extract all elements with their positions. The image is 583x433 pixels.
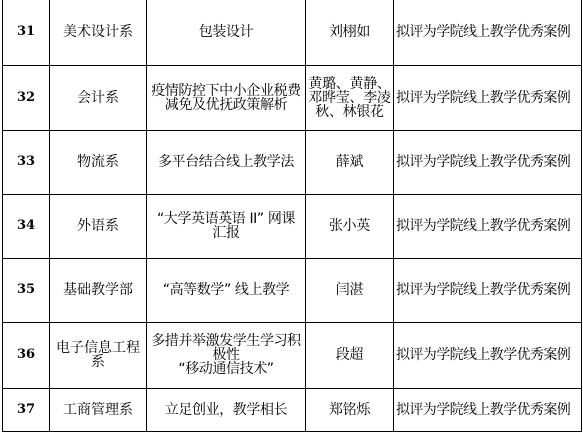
case-title-cell-line: 减免及优抚政策解析	[148, 98, 304, 112]
case-title-cell-line: 极性	[148, 348, 304, 362]
teacher-name-cell-line: 闫湛	[307, 283, 392, 297]
table-row: 31美术设计系包装设计刘栩如拟评为学院线上教学优秀案例	[3, 0, 582, 65]
table-row: 33物流系多平台结合线上教学法薛斌拟评为学院线上教学优秀案例	[3, 130, 582, 194]
department-cell-line: 系	[51, 355, 145, 369]
case-title-cell-line: 立足创业，教学相长	[148, 403, 304, 417]
table-row: 32会计系疫情防控下中小企业税费减免及优抚政策解析黄璐、黄静、邓晔莹、李凌秋、林…	[3, 65, 582, 130]
case-title-cell-line: “大学英语英语 II” 网课	[148, 212, 304, 226]
department-cell-line: 外语系	[51, 219, 145, 233]
case-title-cell-line: 汇报	[148, 226, 304, 240]
teacher-name-cell-line: 段超	[307, 348, 392, 362]
department-cell: 会计系	[50, 65, 147, 130]
row-number-cell: 35	[3, 258, 50, 322]
teacher-name-cell: 郑铭烁	[306, 388, 394, 431]
department-cell-line: 工商管理系	[51, 403, 145, 417]
case-title-cell: 立足创业，教学相长	[147, 388, 306, 431]
teacher-name-cell-line: 张小英	[307, 219, 392, 233]
cases-table-body: 31美术设计系包装设计刘栩如拟评为学院线上教学优秀案例32会计系疫情防控下中小企…	[3, 0, 582, 431]
case-title-cell: 疫情防控下中小企业税费减免及优抚政策解析	[147, 65, 306, 130]
row-number-cell: 36	[3, 322, 50, 388]
teacher-name-cell-line: 黄璐、黄静、	[307, 77, 392, 91]
department-cell: 工商管理系	[50, 388, 147, 431]
teacher-name-cell-line: 邓晔莹、李凌	[307, 91, 392, 105]
teacher-name-cell-line: 秋、林银花	[307, 105, 392, 119]
row-number-cell: 33	[3, 130, 50, 194]
department-cell-line: 电子信息工程	[51, 341, 145, 355]
review-result-cell: 拟评为学院线上教学优秀案例	[394, 388, 582, 431]
review-result-cell: 拟评为学院线上教学优秀案例	[394, 130, 582, 194]
table-row: 37工商管理系立足创业，教学相长郑铭烁拟评为学院线上教学优秀案例	[3, 388, 582, 431]
teacher-name-cell: 黄璐、黄静、邓晔莹、李凌秋、林银花	[306, 65, 394, 130]
case-title-cell: “高等数学” 线上教学	[147, 258, 306, 322]
row-number-cell: 37	[3, 388, 50, 431]
row-number-cell: 34	[3, 194, 50, 258]
case-title-cell-line: 多措并举激发学生学习积	[148, 334, 304, 348]
table-row: 35基础教学部“高等数学” 线上教学闫湛拟评为学院线上教学优秀案例	[3, 258, 582, 322]
case-title-cell-line: 多平台结合线上教学法	[148, 155, 304, 169]
department-cell: 基础教学部	[50, 258, 147, 322]
teacher-name-cell-line: 郑铭烁	[307, 403, 392, 417]
teacher-name-cell: 张小英	[306, 194, 394, 258]
review-result-cell: 拟评为学院线上教学优秀案例	[394, 258, 582, 322]
case-title-cell: “大学英语英语 II” 网课汇报	[147, 194, 306, 258]
department-cell-line: 基础教学部	[51, 283, 145, 297]
case-title-cell-line: 疫情防控下中小企业税费	[148, 84, 304, 98]
teacher-name-cell: 薛斌	[306, 130, 394, 194]
cases-table: 31美术设计系包装设计刘栩如拟评为学院线上教学优秀案例32会计系疫情防控下中小企…	[2, 0, 582, 432]
department-cell: 美术设计系	[50, 0, 147, 65]
department-cell: 物流系	[50, 130, 147, 194]
teacher-name-cell: 刘栩如	[306, 0, 394, 65]
review-result-cell: 拟评为学院线上教学优秀案例	[394, 322, 582, 388]
department-cell: 电子信息工程系	[50, 322, 147, 388]
teacher-name-cell-line: 刘栩如	[307, 25, 392, 39]
case-title-cell-line: “移动通信技术”	[148, 362, 304, 376]
department-cell-line: 会计系	[51, 91, 145, 105]
teacher-name-cell-line: 薛斌	[307, 155, 392, 169]
case-title-cell: 包装设计	[147, 0, 306, 65]
review-result-cell: 拟评为学院线上教学优秀案例	[394, 65, 582, 130]
department-cell-line: 美术设计系	[51, 25, 145, 39]
case-title-cell-line: 包装设计	[148, 25, 304, 39]
review-result-cell: 拟评为学院线上教学优秀案例	[394, 194, 582, 258]
table-row: 36电子信息工程系多措并举激发学生学习积极性“移动通信技术”段超拟评为学院线上教…	[3, 322, 582, 388]
review-result-cell: 拟评为学院线上教学优秀案例	[394, 0, 582, 65]
case-title-cell-line: “高等数学” 线上教学	[148, 283, 304, 297]
teacher-name-cell: 段超	[306, 322, 394, 388]
row-number-cell: 31	[3, 0, 50, 65]
table-row: 34外语系“大学英语英语 II” 网课汇报张小英拟评为学院线上教学优秀案例	[3, 194, 582, 258]
department-cell-line: 物流系	[51, 155, 145, 169]
row-number-cell: 32	[3, 65, 50, 130]
case-title-cell: 多措并举激发学生学习积极性“移动通信技术”	[147, 322, 306, 388]
department-cell: 外语系	[50, 194, 147, 258]
teacher-name-cell: 闫湛	[306, 258, 394, 322]
case-title-cell: 多平台结合线上教学法	[147, 130, 306, 194]
